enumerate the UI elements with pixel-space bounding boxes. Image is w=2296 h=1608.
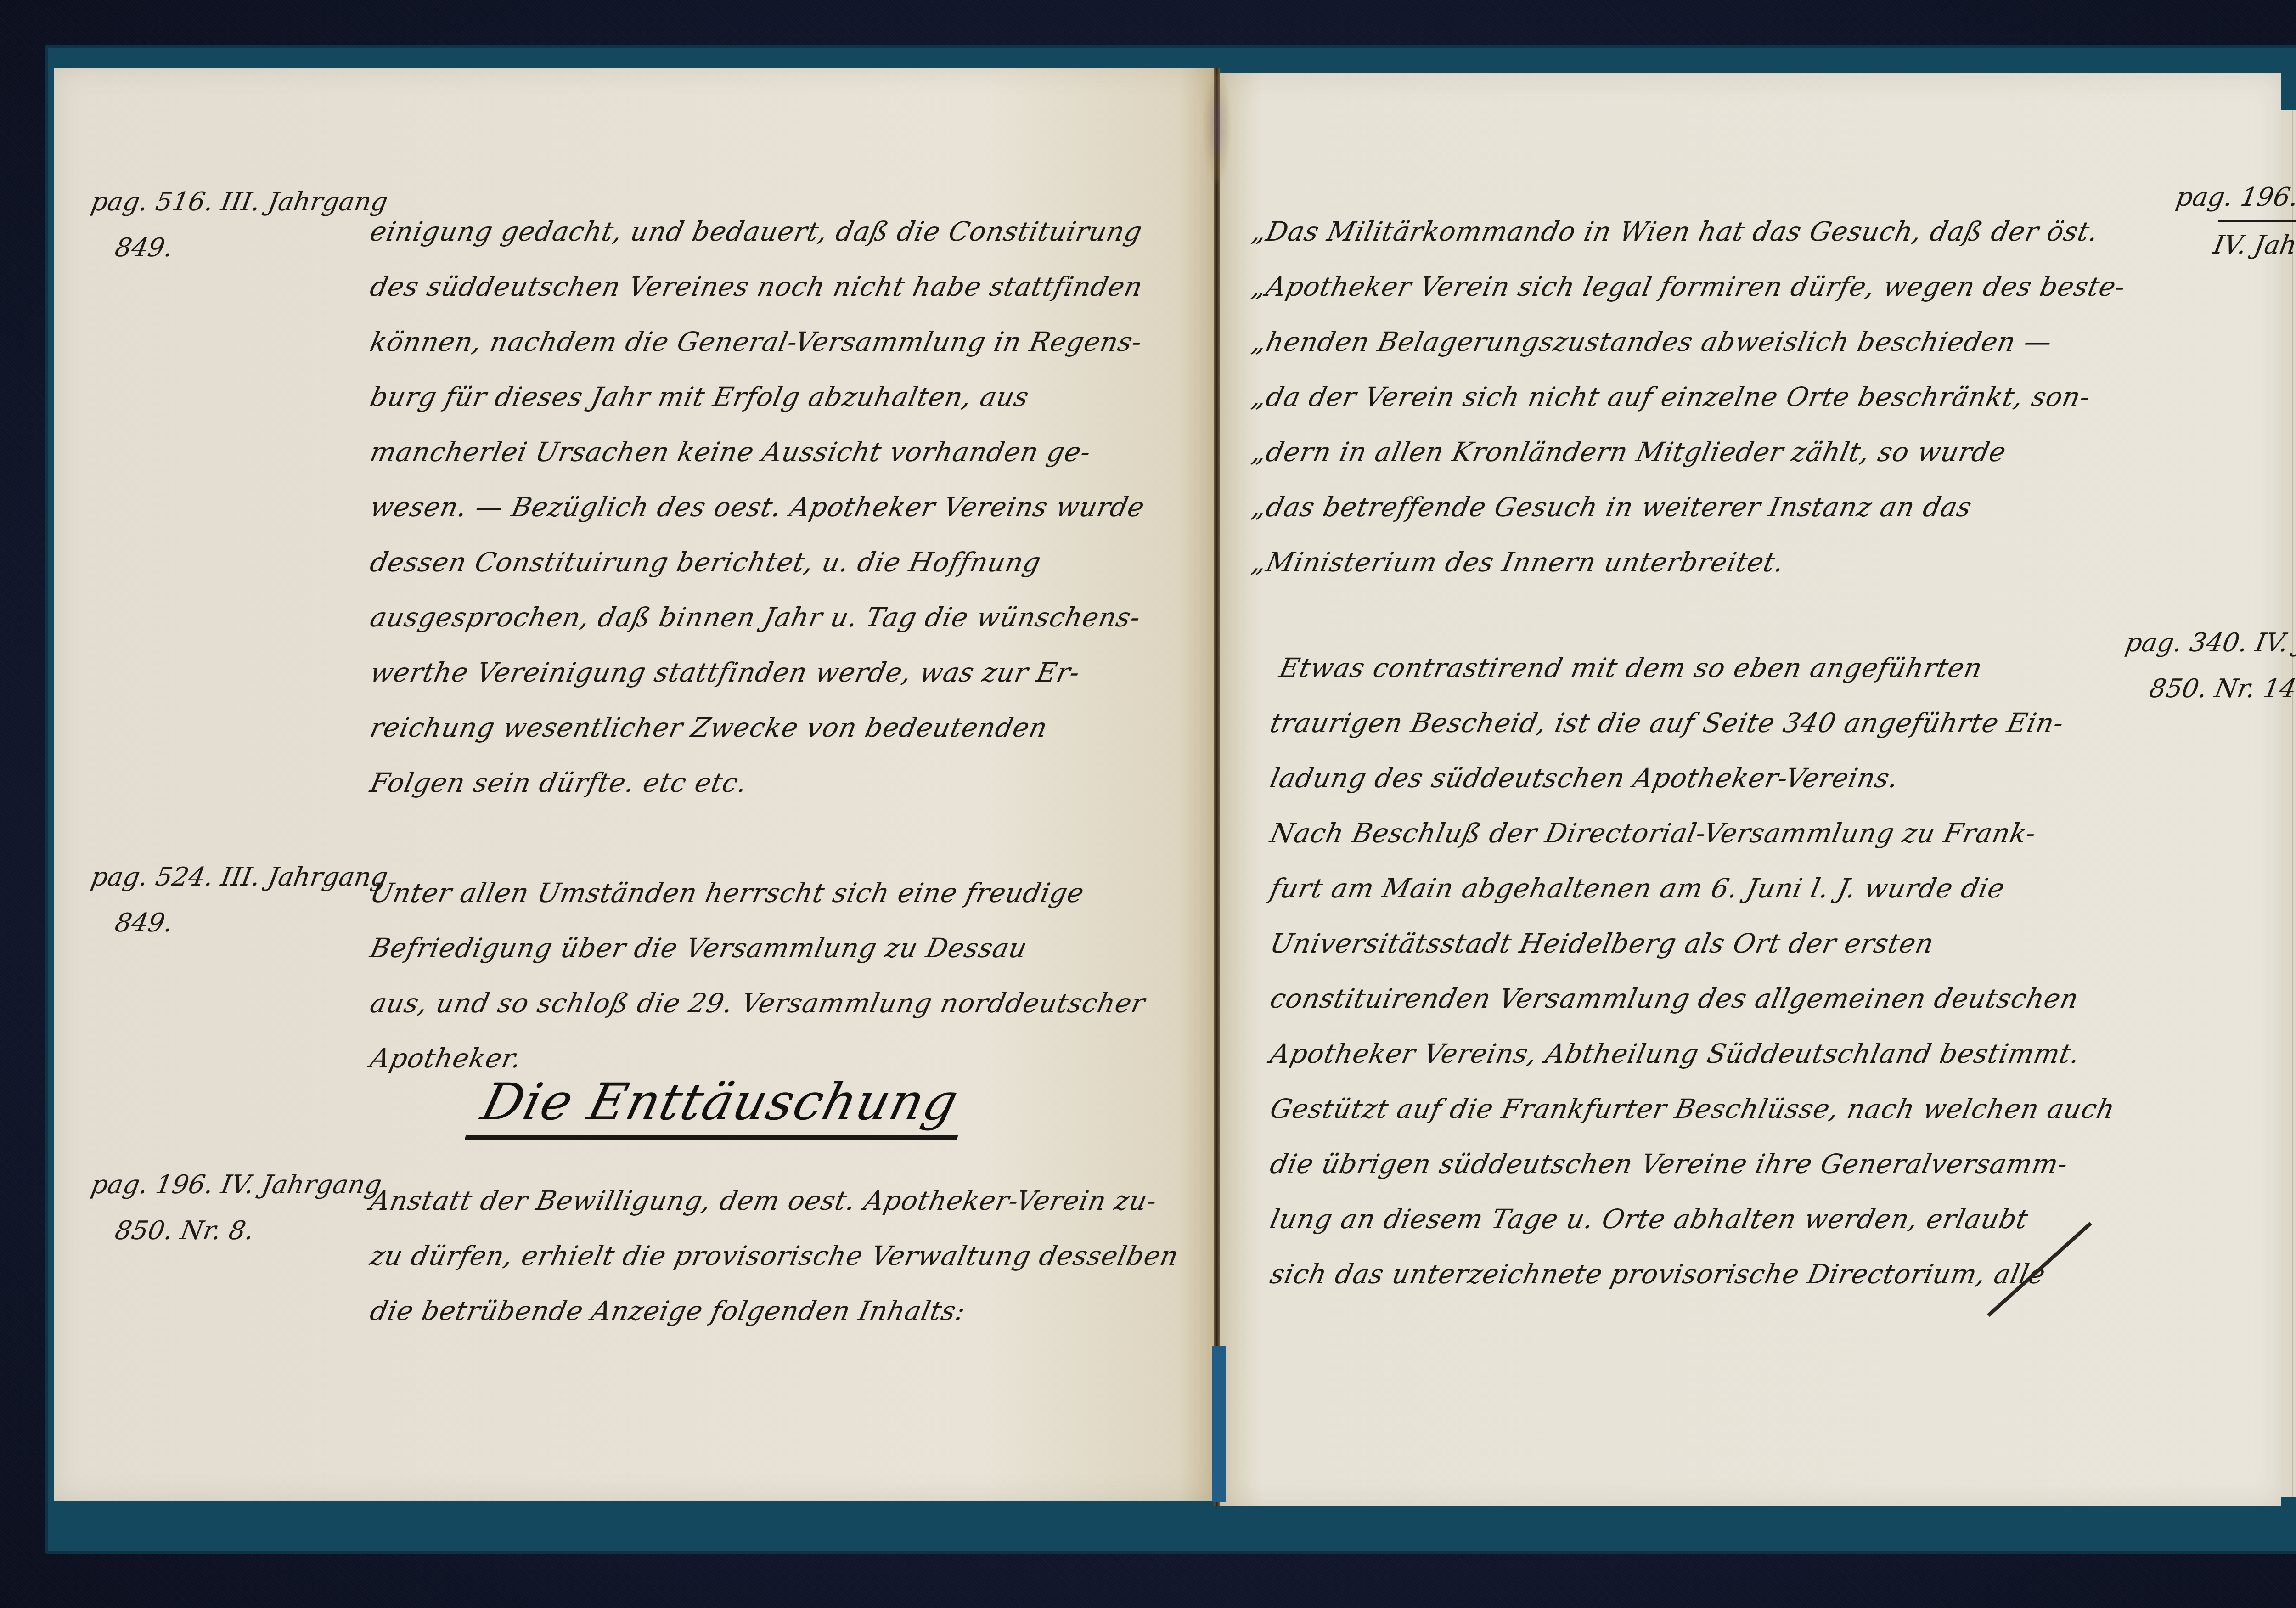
manuscript-line: ausgesprochen, daß binnen Jahr u. Tag di… [367,602,1143,633]
manuscript-line: „Das Militärkommando in Wien hat das Ges… [1249,216,2102,247]
page-stack-edge [2281,110,2296,1497]
manuscript-line: ladung des süddeutschen Apotheker-Verein… [1267,762,1902,794]
manuscript-line: können, nachdem die General-Versammlung … [367,326,1145,357]
margin-reference: pag. 516. III. Jahrgang 849. [79,179,391,271]
manuscript-line: „Ministerium des Innern unterbreitet. [1249,547,1787,578]
manuscript-line: dessen Constituirung berichtet, u. die H… [367,547,1044,578]
manuscript-line: „das betreffende Gesuch in weiterer Inst… [1249,491,1975,523]
section-heading: Die Enttäuschung [465,1072,974,1140]
manuscript-line: furt am Main abgehaltenen am 6. Juni l. … [1267,873,2008,904]
margin-reference-line: pag. 340. IV. Jahrgang [2123,628,2296,658]
manuscript-line: reichung wesentlicher Zwecke von bedeute… [367,712,1051,743]
manuscript-line: des süddeutschen Vereines noch nicht hab… [367,271,1146,302]
manuscript-line: Etwas contrastirend mit dem so eben ange… [1277,652,1986,683]
manuscript-line: Nach Beschluß der Directorial-Versammlun… [1267,818,2039,849]
manuscript-line: mancherlei Ursachen keine Aussicht vorha… [367,436,1094,468]
margin-reference-line: 849. [79,900,383,946]
gutter-stain [1203,69,1231,184]
manuscript-line: werthe Vereinigung stattfinden werde, wa… [367,657,1083,688]
manuscript-line: Apotheker. [367,1043,525,1074]
manuscript-line: zu dürfen, erhielt die provisorische Ver… [367,1240,1182,1271]
manuscript-line: die betrübende Anzeige folgenden Inhalts… [367,1295,968,1326]
margin-reference-line: 849. [79,225,383,271]
manuscript-line: aus, und so schloß die 29. Versammlung n… [367,987,1148,1019]
margin-reference: pag. 196. Nr. 8. IV. Jahrg. 850. [2164,175,2296,268]
manuscript-line: „dern in allen Kronländern Mitglieder zä… [1249,436,2009,468]
manuscript-line: „henden Belagerungszustandes abweislich … [1249,326,2055,357]
margin-reference: pag. 524. III. Jahrgang 849. [79,854,391,946]
manuscript-line: constituirenden Versammlung des allgemei… [1267,983,2082,1014]
manuscript-line: sich das unterzeichnete provisorische Di… [1267,1258,2048,1290]
manuscript-line: „Apotheker Verein sich legal formiren dü… [1249,271,2128,302]
manuscript-line: Anstatt der Bewilligung, dem oest. Apoth… [367,1185,1160,1216]
margin-reference: pag. 340. IV. Jahrgang 850. Nr. 14. [2113,620,2296,712]
manuscript-line: traurigen Bescheid, ist die auf Seite 34… [1267,707,2067,739]
manuscript-line: burg für dieses Jahr mit Erfolg abzuhalt… [367,381,1032,412]
manuscript-line: Unter allen Umständen herrscht sich eine… [367,877,1087,908]
manuscript-line: lung an diesem Tage u. Orte abhalten wer… [1267,1203,2031,1235]
manuscript-line: Befriedigung über die Versammlung zu Des… [367,932,1030,964]
margin-reference-line: IV. Jahrg. 850. [2210,220,2296,268]
margin-reference-line: pag. 516. III. Jahrgang [89,187,390,217]
manuscript-line: die übrigen süddeutschen Vereine ihre Ge… [1267,1148,2071,1179]
book-gutter [1214,68,1220,1506]
manuscript-line: Apotheker Vereins, Abtheilung Süddeutsch… [1267,1038,2083,1069]
margin-reference-line: pag. 196. IV. Jahrgang [89,1170,384,1200]
manuscript-line: Universitätsstadt Heidelberg als Ort der… [1267,928,1937,959]
manuscript-line: Folgen sein dürfte. etc etc. [367,767,750,798]
margin-reference: pag. 196. IV. Jahrgang 850. Nr. 8. [79,1162,385,1254]
manuscript-line: „da der Verein sich nicht auf einzelne O… [1249,381,2093,412]
margin-reference-line: pag. 196. Nr. 8. [2174,182,2296,212]
manuscript-line: wesen. — Bezüglich des oest. Apotheker V… [367,491,1148,523]
margin-reference-line: 850. Nr. 14. [2113,666,2296,712]
manuscript-line: einigung gedacht, und bedauert, daß die … [367,216,1145,247]
margin-reference-line: 850. Nr. 8. [79,1208,377,1254]
margin-reference-line: pag. 524. III. Jahrgang [89,862,390,892]
manuscript-line: Gestützt auf die Frankfurter Beschlüsse,… [1267,1093,2118,1124]
spine-band [1212,1346,1226,1502]
